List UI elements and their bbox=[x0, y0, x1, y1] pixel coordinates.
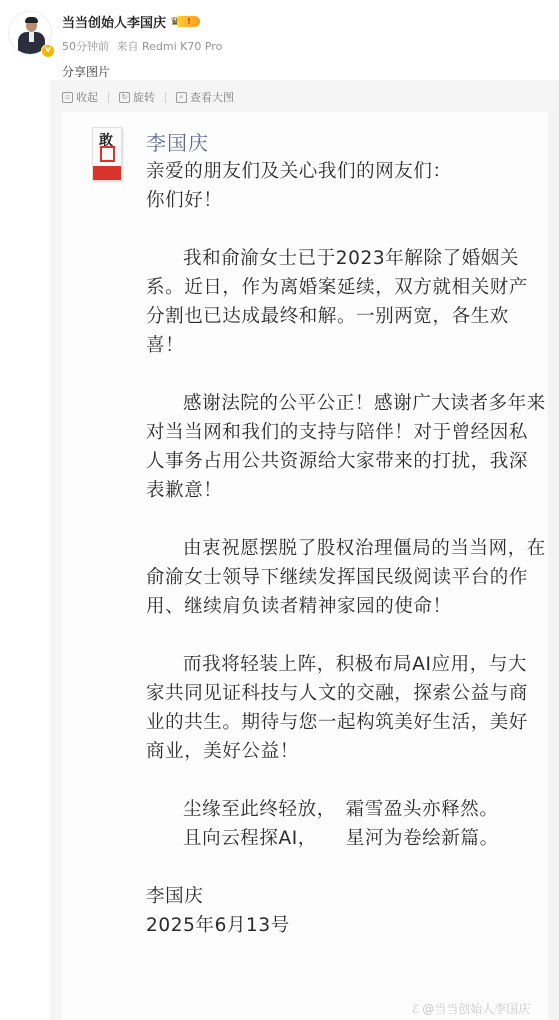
post-text: 分享图片 bbox=[62, 63, 110, 80]
letter-greeting-2: 你们好！ bbox=[146, 186, 546, 215]
letter-author: 李国庆 bbox=[146, 127, 209, 156]
level-badge: ! bbox=[178, 16, 200, 27]
rotate-label: 旋转 bbox=[133, 89, 155, 105]
magnify-icon: ⌕ bbox=[176, 92, 187, 103]
letter-body: 亲爱的朋友们及关心我们的网友们： 你们好！ 我和俞渝女士已于2023年解除了婚姻… bbox=[146, 157, 546, 940]
image-watermark: ℰ @当当创始人李国庆 bbox=[412, 1000, 530, 1017]
letter-paragraph: 感谢法院的公平公正！感谢广大读者多年来对当当网和我们的支持与陪伴！对于曾经因私人… bbox=[146, 389, 546, 505]
book-cover-thumbnail: 敢 bbox=[92, 127, 122, 181]
author-name[interactable]: 当当创始人李国庆 bbox=[62, 12, 166, 31]
verified-badge-icon: v bbox=[41, 44, 55, 58]
letter-paragraph: 由衷祝愿摆脱了股权治理僵局的当当网，在俞渝女士领导下继续发挥国民级阅读平台的作用… bbox=[146, 534, 546, 621]
divider bbox=[108, 92, 109, 103]
collapse-label: 收起 bbox=[76, 89, 98, 105]
view-large-label: 查看大图 bbox=[190, 89, 234, 105]
member-badge[interactable]: ♛ ! bbox=[170, 16, 200, 28]
author-row: 当当创始人李国庆 ♛ ! bbox=[62, 12, 200, 31]
post-header: v 当当创始人李国庆 ♛ ! 50分钟前 来自 Redmi K70 Pro 分享… bbox=[0, 0, 559, 86]
image-frame-edge bbox=[548, 112, 559, 1020]
collapse-button[interactable]: ▫ 收起 bbox=[62, 89, 98, 105]
post-source: 来自 Redmi K70 Pro bbox=[117, 40, 223, 53]
letter-paragraph: 我和俞渝女士已于2023年解除了婚姻关系。近日，作为离婚案延续，双方就相关财产分… bbox=[146, 244, 546, 360]
rotate-icon: ↻ bbox=[119, 92, 130, 103]
letter-paragraph: 而我将轻装上阵，积极布局AI应用，与大家共同见证科技与人文的交融，探索公益与商业… bbox=[146, 650, 546, 766]
weibo-logo-icon: ℰ bbox=[412, 1002, 419, 1016]
divider bbox=[165, 92, 166, 103]
avatar[interactable]: v bbox=[8, 11, 52, 55]
view-large-button[interactable]: ⌕ 查看大图 bbox=[176, 89, 234, 105]
rotate-button[interactable]: ↻ 旋转 bbox=[119, 89, 155, 105]
post-meta: 50分钟前 来自 Redmi K70 Pro bbox=[62, 38, 222, 54]
letter-greeting: 亲爱的朋友们及关心我们的网友们： bbox=[146, 157, 546, 186]
watermark-text: @当当创始人李国庆 bbox=[422, 1000, 530, 1017]
letter-poem-line: 且向云程探AI， 星河为卷绘新篇。 bbox=[146, 824, 546, 853]
image-toolbar: ▫ 收起 ↻ 旋转 ⌕ 查看大图 bbox=[62, 89, 234, 105]
letter-poem-line: 尘缘至此终轻放， 霜雪盈头亦释然。 bbox=[146, 795, 546, 824]
letter-date: 2025年6月13号 bbox=[146, 911, 546, 940]
letter-signature: 李国庆 bbox=[146, 882, 546, 911]
collapse-icon: ▫ bbox=[62, 92, 73, 103]
post-time[interactable]: 50分钟前 bbox=[62, 40, 109, 53]
